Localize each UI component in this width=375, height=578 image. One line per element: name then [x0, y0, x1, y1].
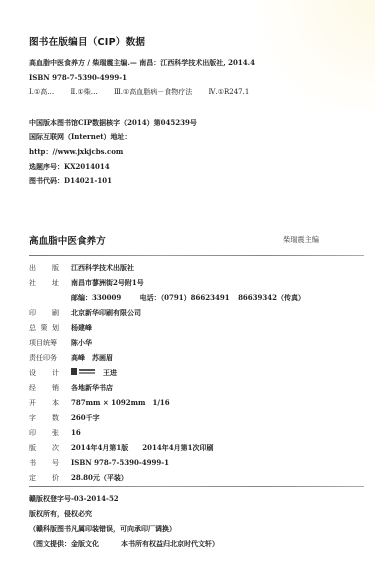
book-title: 高血脂中医食养方: [29, 233, 106, 247]
row-design: 设计 王进: [29, 368, 117, 378]
credits-rights-holder: 本书所有权益归北京时代文轩）: [121, 539, 219, 548]
class-3: Ⅲ.①高血脂病－食物疗法: [114, 88, 192, 96]
row-isbn: 书号 ISBN 978-7-5390-4999-1: [29, 458, 169, 468]
row-coordinator: 项目统筹 陈小华: [29, 338, 92, 348]
cip-classification: Ⅰ.①高… Ⅱ.①柴… Ⅲ.①高血脂病－食物疗法 Ⅳ.①R247.1: [29, 87, 263, 97]
row-printer: 印刷 北京新华印刷有限公司: [29, 308, 141, 318]
row-publisher: 出版 江西科学技术出版社: [29, 263, 134, 273]
class-1: Ⅰ.①高…: [29, 88, 54, 96]
row-price: 定价 28.80元（平装）: [29, 473, 128, 483]
divider-top: [29, 255, 364, 256]
copyright-registration: 赣版权登字号-03-2014-52: [29, 494, 119, 504]
divider-bottom: [29, 486, 364, 487]
credits-line: （图文提供：金版文化本书所有权益归北京时代文轩）: [29, 539, 219, 549]
postcode: 邮编：330009: [71, 293, 121, 302]
row-edition: 版次 2014年4月第1版 2014年4月第1次印刷: [29, 443, 213, 453]
website-url: http：//www.jxkjcbs.com: [29, 147, 123, 157]
internet-label: 国际互联网（Internet）地址：: [29, 132, 132, 142]
exchange-notice: （赣科版图书凡属印装错误，可向承印厂调换）: [29, 524, 176, 534]
cip-isbn-line: ISBN 978-7-5390-4999-1: [29, 73, 127, 82]
class-4: Ⅳ.①R247.1: [209, 88, 250, 96]
row-contact: 邮编：330009 电话：（0791）86623491 86639342（传真）: [71, 293, 321, 303]
row-format: 开本 787mm × 1092mm 1/16: [29, 398, 170, 408]
design-studio-logo: [71, 368, 95, 375]
book-code: 图书代码：D14021-101: [29, 176, 112, 186]
topic-number: 选题序号：KX2014014: [29, 162, 110, 172]
cip-record-line: 高血脂中医食养方 / 柴瑞震主编.— 南昌：江西科学技术出版社, 2014.4: [29, 58, 255, 68]
row-word-count: 字数 260千字: [29, 413, 100, 423]
row-address: 社址 南昌市蓼洲街2号附1号: [29, 278, 144, 288]
book-editor: 柴瑞震主编: [283, 235, 319, 245]
fax: 86639342（传真）: [238, 293, 305, 302]
class-2: Ⅱ.①柴…: [71, 88, 98, 96]
row-sheets: 印张 16: [29, 428, 81, 438]
rights-notice: 版权所有，侵权必究: [29, 509, 92, 519]
row-print-manager: 责任印务 高峰 苏画眉: [29, 353, 113, 363]
credits-image-provider: （图文提供：金版文化: [29, 539, 99, 548]
paper-tint: [255, 0, 375, 110]
cip-number: 中国版本图书馆CIP数据核字（2014）第045239号: [29, 118, 197, 128]
row-planner: 总策划 杨建峰: [29, 323, 92, 333]
cip-heading: 图书在版编目（CIP）数据: [29, 34, 145, 48]
phone: 电话：（0791）86623491: [140, 293, 230, 302]
row-distributor: 经销 各地新华书店: [29, 383, 113, 393]
